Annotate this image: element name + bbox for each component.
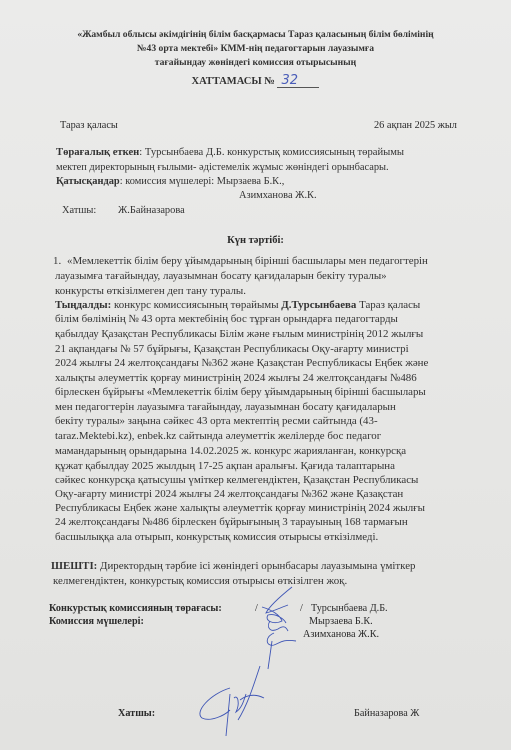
decision-line-1: ШЕШТІ: Директордың тәрбие ісі жөніндегі … — [51, 560, 416, 574]
heard-line: халықты әлеуметтік қорғау министрінің 20… — [55, 372, 417, 386]
heard-line: мен педагогтерін лауазымға тағайындау, л… — [55, 401, 396, 415]
secretary-name: Ж.Байназарова — [118, 204, 185, 218]
members-line: Қатысқандар: комиссия мүшелері: Мырзаева… — [56, 175, 284, 189]
protocol-title: ХАТТАМАСЫ № 32 — [0, 75, 511, 88]
heard-line: бірлескен бұйрығы «Мемлекеттік білім бер… — [55, 386, 426, 400]
chair-sign-label: Конкурстық комиссияның төрағасы: — [49, 603, 222, 614]
members-sign-label: Комиссия мүшелері: — [49, 616, 144, 627]
heard-line: Республикасы Еңбек және халықты әлеуметт… — [55, 502, 425, 516]
heard-line: taraz.Mektebi.kz), enbek.kz сайтында әле… — [55, 430, 381, 444]
heard-post: Тараз қаласы — [356, 299, 420, 311]
signature-chair-members-icon — [252, 585, 302, 670]
document-page: «Жамбыл облысы әкімдігінің білім басқарм… — [0, 0, 511, 750]
member2-sign-name: Азимханова Ж.К. — [303, 629, 379, 640]
heard-line: білім бөлімінің № 43 орта мектебінің бос… — [55, 313, 398, 327]
heard-line: қабылдау Қазақстан Республикасы Білім жә… — [55, 328, 423, 342]
heard-line: 2024 жылғы 24 желтоқсандағы №362 және Қа… — [55, 357, 428, 371]
heard-line: 21 ақпандағы № 57 бұйрығы, Қазақстан Рес… — [55, 343, 409, 357]
agenda-line: лауазымға тағайындау, лауазымнан босату … — [55, 270, 387, 284]
decision-label: ШЕШТІ: — [51, 560, 97, 572]
heard-label: Тыңдалды: — [55, 299, 111, 311]
chair-line-2: мектеп директорының ғылыми- әдістемелік … — [56, 161, 389, 175]
chair-label: Төрағалық еткен — [56, 147, 139, 158]
signature-secretary-icon — [190, 664, 270, 744]
city: Тараз қаласы — [60, 120, 118, 131]
protocol-number: 32 — [277, 75, 319, 88]
heard-name: Д.Турсынбаева — [281, 299, 356, 311]
date: 26 ақпан 2025 жыл — [374, 120, 457, 131]
members-line-2: Азимханова Ж.К. — [239, 189, 317, 203]
members-text: : комиссия мүшелері: Мырзаева Б.К., — [120, 176, 285, 187]
heard-pre: конкурс комиссиясының төрайымы — [111, 299, 281, 311]
heard-line: басшылыққа ала отырып, конкурстық комисс… — [55, 531, 378, 545]
agenda-item-number: 1. — [53, 255, 61, 269]
heard-line: 24 желтоқсандағы №486 бірлескен бұйрығын… — [55, 516, 408, 530]
agenda-line: «Мемлекеттік білім беру ұйымдарының бірі… — [67, 255, 428, 269]
header-line-3: тағайындау жөніндегі комиссия отырысының — [0, 56, 511, 71]
protocol-title-text: ХАТТАМАСЫ № — [192, 76, 275, 87]
decision-line-2: келмегендіктен, конкурстық комиссия отыр… — [53, 575, 347, 589]
decision-text: Директордың тәрбие ісі жөніндегі орынбас… — [97, 560, 415, 572]
secretary-label: Хатшы: — [62, 204, 96, 218]
chair-sign-name: Турсынбаева Д.Б. — [311, 603, 388, 614]
chair-text: : Турсынбаева Д.Б. конкурстық комиссиясы… — [139, 147, 404, 158]
header-line-1: «Жамбыл облысы әкімдігінің білім басқарм… — [0, 28, 511, 43]
secretary-sign-name: Байназарова Ж — [354, 708, 419, 719]
agenda-heading: Күн тәртібі: — [0, 235, 511, 246]
members-label: Қатысқандар — [56, 176, 120, 187]
member1-sign-name: Мырзаева Б.К. — [309, 616, 373, 627]
heard-line: бекіту туралы» заңына сәйкес 43 орта мек… — [55, 415, 378, 429]
chair-line-1: Төрағалық еткен: Турсынбаева Д.Б. конкур… — [56, 146, 404, 160]
heard-line: мамандарының орындарына 14.02.2025 ж. ко… — [55, 445, 406, 459]
heard-line: Оқу-ағарту министрі 2024 жылғы 24 желтоқ… — [55, 488, 403, 502]
header-line-2: №43 орта мектебі» КММ-нің педагогтарын л… — [0, 42, 511, 57]
heard-line: құжат қабылдау 2025 жылдың 17-25 ақпан а… — [55, 460, 395, 474]
agenda-line: конкурсты өткізілмеген деп тану туралы. — [55, 285, 246, 299]
heard-line-0: Тыңдалды: конкурс комиссиясының төрайымы… — [55, 299, 420, 313]
heard-line: сәйкес конкурсқа қатысушы үміткер келмег… — [55, 474, 418, 488]
secretary-sign-label: Хатшы: — [118, 708, 155, 719]
